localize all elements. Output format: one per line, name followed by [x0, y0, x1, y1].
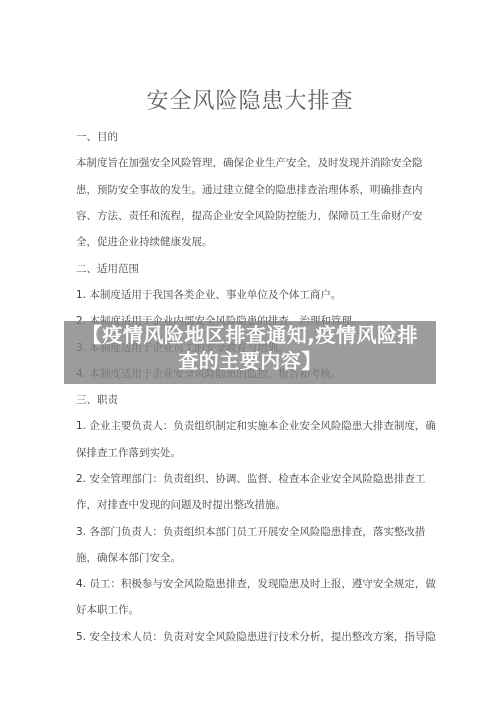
list-item: 施，确保本部门安全。 — [76, 551, 436, 565]
paragraph-line: 容、方法、责任和流程，提高企业安全风险防控能力，保障员工生命财产安 — [76, 209, 436, 223]
list-item: 1. 本制度适用于我国各类企业、事业单位及个体工商户。 — [76, 288, 436, 302]
list-item: 好本职工作。 — [76, 603, 436, 617]
document-title: 安全风险隐患大排查 — [0, 84, 500, 115]
section-heading-responsibilities: 三、职责 — [76, 393, 436, 407]
section-heading-scope: 二、适用范围 — [76, 262, 436, 276]
list-item: 1. 企业主要负责人：负责组织制定和实施本企业安全风险隐患大排查制度，确 — [76, 419, 436, 433]
list-item: 2. 安全管理部门：负责组织、协调、监督、检查本企业安全风险隐患排查工 — [76, 472, 436, 486]
paragraph-line: 患，预防安全事故的发生。通过建立健全的隐患排查治理体系，明确排查内 — [76, 183, 436, 197]
overlay-banner-text: 【疫情风险地区排查通知,疫情风险排 查的主要内容】 — [64, 322, 436, 374]
list-item: 5. 安全技术人员：负责对安全风险隐患进行技术分析，提出整改方案，指导隐 — [76, 630, 436, 644]
overlay-banner-line2: 查的主要内容】 — [64, 348, 436, 374]
overlay-banner-line1: 【疫情风险地区排查通知,疫情风险排 — [64, 322, 436, 348]
section-heading-purpose: 一、目的 — [76, 130, 436, 144]
list-item: 3. 各部门负责人：负责组织本部门员工开展安全风险隐患排查，落实整改措 — [76, 525, 436, 539]
paragraph-line: 本制度旨在加强安全风险管理，确保企业生产安全，及时发现并消除安全隐 — [76, 156, 436, 170]
paragraph-line: 全，促进企业持续健康发展。 — [76, 235, 436, 249]
list-item: 保排查工作落到实处。 — [76, 446, 436, 460]
list-item: 4. 员工：积极参与安全风险隐患排查，发现隐患及时上报，遵守安全规定，做 — [76, 577, 436, 591]
list-item: 作，对排查中发现的问题及时提出整改措施。 — [76, 498, 436, 512]
